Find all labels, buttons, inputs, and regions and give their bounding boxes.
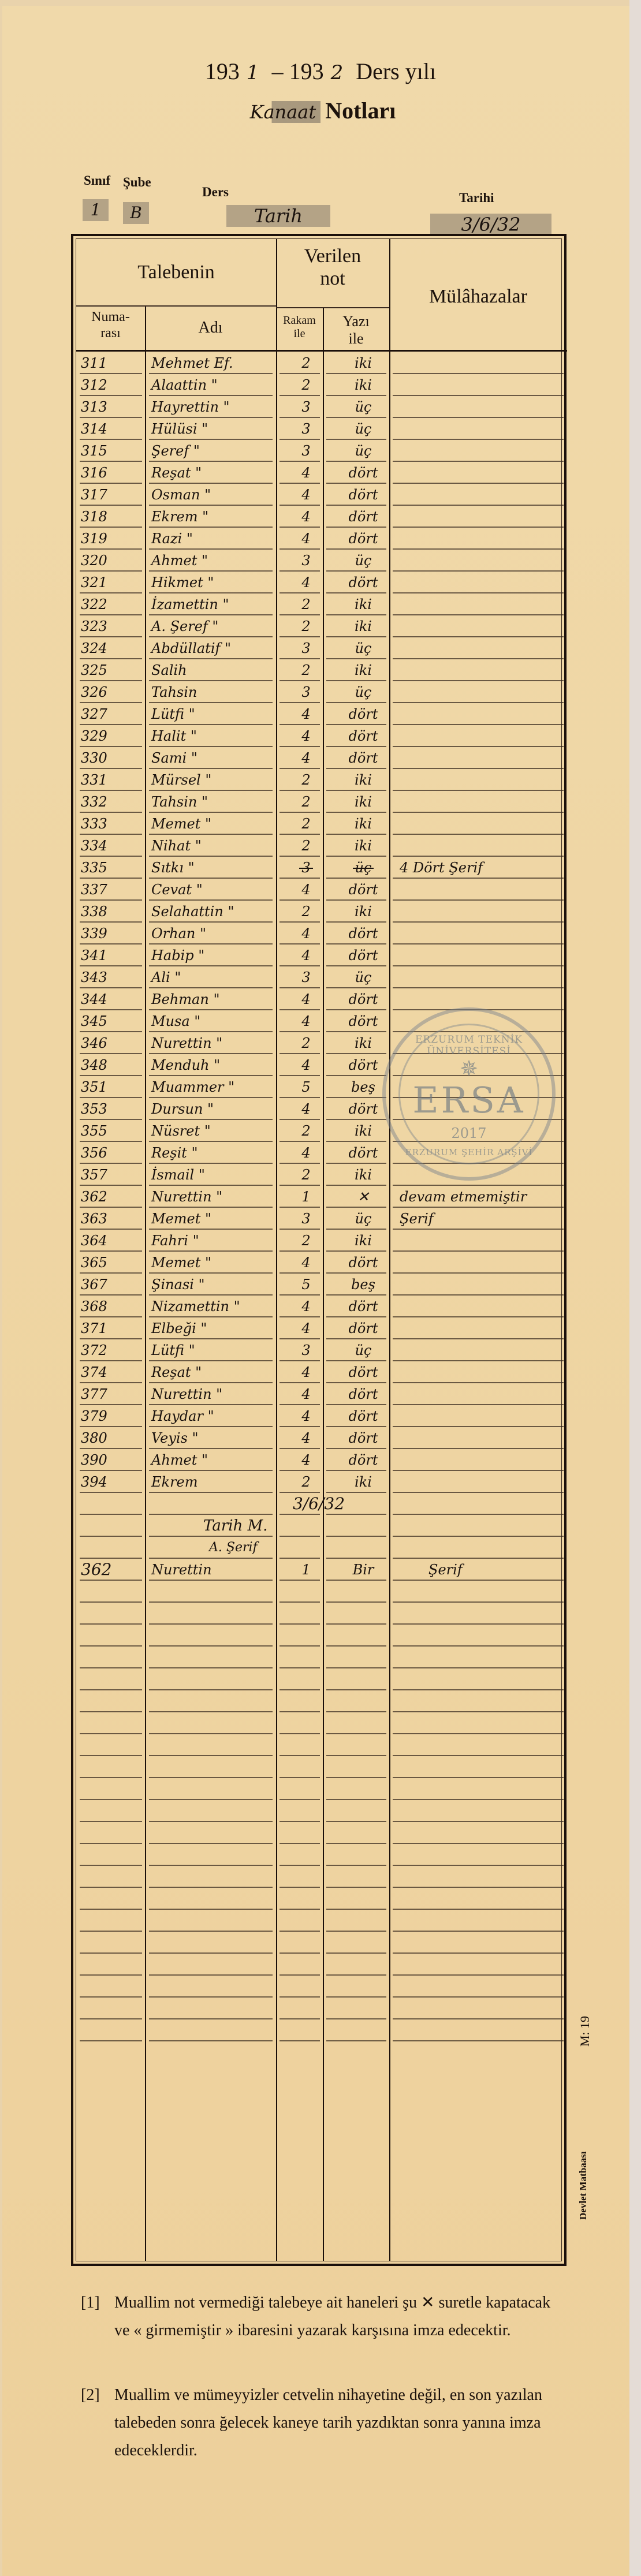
table-row: 372Lütfi "3üç	[76, 1339, 567, 1361]
grade-numeric-value: 4	[301, 1101, 310, 1117]
remarks: Şerif	[428, 1560, 596, 1580]
grade-written: dört	[331, 1406, 395, 1426]
grade-written-value: dört	[349, 750, 378, 766]
grade-written-value: dört	[349, 531, 378, 547]
table-row: 313Hayrettin "3üç	[76, 396, 567, 418]
remarks	[400, 682, 567, 702]
empty-row	[76, 2019, 567, 2041]
grade-written: dört	[331, 1450, 395, 1470]
grade-numeric: 2	[283, 792, 329, 812]
grade-written: iki	[331, 792, 395, 812]
remarks	[400, 1231, 567, 1250]
empty-row	[76, 1668, 567, 1690]
grade-written: dört	[331, 485, 395, 505]
grade-written: iki	[331, 595, 395, 614]
grade-written: Bir	[331, 1560, 395, 1580]
grade-numeric: 4	[283, 1450, 329, 1470]
grade-numeric-value: 5	[301, 1276, 310, 1293]
remarks	[400, 880, 567, 899]
remarks	[400, 639, 567, 658]
empty-row	[76, 1844, 567, 1866]
grade-written-value: dört	[349, 574, 378, 591]
grade-written-value: üç	[355, 552, 372, 569]
grade-numeric: 5	[283, 1275, 329, 1294]
grade-numeric-value: 4	[301, 991, 310, 1007]
stamp-center: ERSA	[386, 1079, 552, 1121]
grade-numeric: 4	[283, 946, 329, 965]
student-number: 367	[81, 1275, 144, 1294]
footnote-1: [1] Muallim not vermediği talebeye ait h…	[81, 2289, 566, 2344]
student-number: 372	[81, 1341, 144, 1360]
table-row: 316Reşat "4dört	[76, 462, 567, 484]
student-number: 380	[81, 1428, 144, 1448]
grade-numeric: 3	[283, 968, 329, 987]
student-number: 324	[81, 639, 144, 658]
grade-numeric: 4	[283, 1428, 329, 1448]
form-code: M: 19	[577, 2016, 592, 2047]
empty-row	[76, 1866, 567, 1888]
grade-numeric-value: 2	[301, 1167, 310, 1183]
empty-row	[76, 1712, 567, 1734]
table-row: 363Memet "3üçŞerif	[76, 1208, 567, 1230]
student-number: 312	[81, 375, 144, 395]
table-row: 343Ali "3üç	[76, 966, 567, 988]
student-number: 320	[81, 551, 144, 570]
grade-numeric-value: 2	[301, 816, 310, 832]
student-number: 356	[81, 1143, 144, 1163]
grade-numeric-value: 5	[301, 1079, 310, 1095]
empty-row	[76, 1647, 567, 1668]
grade-written-value: üç	[355, 443, 372, 459]
table-row: 394Ekrem2iki	[76, 1471, 567, 1493]
student-number: 371	[81, 1319, 144, 1338]
student-number: 341	[81, 946, 144, 965]
student-number: 332	[81, 792, 144, 812]
table-row: 321Hikmet "4dört	[76, 572, 567, 593]
footnote-2: [2] Muallim ve mümeyyizler cetvelin niha…	[81, 2381, 566, 2465]
student-number: 338	[81, 902, 144, 921]
remarks	[400, 704, 567, 724]
student-number: 374	[81, 1362, 144, 1382]
grade-written-value: üç	[355, 1342, 372, 1358]
grade-numeric: 4	[283, 1253, 329, 1272]
empty-row	[76, 1603, 567, 1625]
student-number: 346	[81, 1033, 144, 1053]
grade-numeric-value: 4	[301, 925, 310, 942]
grade-written-value: iki	[355, 1035, 372, 1051]
grade-numeric-value: 4	[301, 1452, 310, 1468]
student-number: 390	[81, 1450, 144, 1470]
grade-written: iki	[331, 1472, 395, 1492]
grade-written: dört	[331, 507, 395, 527]
student-number: 317	[81, 485, 144, 505]
grade-written: üç	[331, 968, 395, 987]
grade-written-value: iki	[355, 596, 372, 613]
grade-written-value: dört	[349, 947, 378, 964]
grade-written-value: dört	[349, 925, 378, 942]
ders-field: Tarih	[226, 205, 330, 227]
grade-written-value: üç	[355, 684, 372, 700]
empty-row	[76, 1581, 567, 1603]
grade-written-value: dört	[349, 1430, 378, 1446]
header-bottom-rule	[76, 350, 567, 352]
table-row: 311Mehmet Ef.2iki	[76, 352, 567, 374]
student-number: 319	[81, 529, 144, 548]
remarks	[400, 1253, 567, 1272]
student-number: 353	[81, 1099, 144, 1119]
remarks: Şerif	[400, 1209, 567, 1229]
grade-written: iki	[331, 1165, 395, 1185]
student-number: 313	[81, 397, 144, 417]
remarks	[400, 441, 567, 461]
student-number: 318	[81, 507, 144, 527]
grade-written: iki	[331, 902, 395, 921]
table-row: 333Memet "2iki	[76, 813, 567, 835]
student-number: 335	[81, 858, 144, 878]
grade-numeric-value: 2	[301, 377, 310, 393]
remarks	[400, 902, 567, 921]
grade-written-value: beş	[351, 1276, 375, 1293]
empty-row	[76, 1734, 567, 1756]
grade-written: iki	[331, 353, 395, 373]
grade-numeric-value: 2	[301, 1035, 310, 1051]
grade-numeric-value: 2	[301, 1123, 310, 1139]
footnote-2-text: Muallim ve mümeyyizler cetvelin nihayeti…	[114, 2381, 566, 2465]
grade-written: iki	[331, 1231, 395, 1250]
grade-written-value: dört	[349, 1057, 378, 1073]
grade-written-value: üç	[355, 399, 372, 415]
table-row: 337Cevat "4dört	[76, 879, 567, 901]
grade-numeric: 4	[283, 529, 329, 548]
remarks	[400, 507, 567, 527]
grade-numeric-value: 3	[301, 443, 310, 459]
footnote-1-text: Muallim not vermediği talebeye ait hanel…	[114, 2289, 566, 2344]
remarks	[400, 1384, 567, 1404]
student-number: 343	[81, 968, 144, 987]
grade-written: üç	[331, 397, 395, 417]
grade-numeric: 2	[283, 1121, 329, 1141]
grade-numeric: 4	[283, 1362, 329, 1382]
grade-numeric: 2	[283, 1472, 329, 1492]
remarks	[400, 748, 567, 768]
grade-written-value: iki	[355, 794, 372, 810]
grade-numeric: 2	[283, 770, 329, 790]
grade-numeric-value: 4	[301, 947, 310, 964]
grade-numeric: 4	[283, 1319, 329, 1338]
grade-written-value: iki	[355, 772, 372, 788]
grade-numeric: 4	[283, 726, 329, 746]
grade-numeric-value: 4	[301, 1145, 310, 1161]
remarks	[400, 573, 567, 592]
grade-numeric: 4	[283, 1143, 329, 1163]
grade-numeric-value: 2	[301, 838, 310, 854]
grade-numeric-value: 4	[301, 1364, 310, 1380]
grade-written: iki	[331, 660, 395, 680]
grade-numeric-value: 4	[301, 882, 310, 898]
grade-numeric-value: 4	[301, 574, 310, 591]
table-row: 362Nurettin "1✕devam etmemiştir	[76, 1186, 567, 1208]
grade-written-value: dört	[349, 706, 378, 722]
student-number: 379	[81, 1406, 144, 1426]
student-number: 345	[81, 1011, 144, 1031]
grade-numeric: 2	[283, 1033, 329, 1053]
remarks	[400, 1341, 567, 1360]
signoff-date-row: 3/6/32	[76, 1493, 567, 1515]
table-row: 371Elbeği "4dört	[76, 1317, 567, 1339]
grade-written-value: dört	[349, 1101, 378, 1117]
grade-numeric: 4	[283, 1055, 329, 1075]
header-adi: Adı	[145, 319, 276, 337]
grade-written: iki	[331, 814, 395, 834]
stamp-ring-top: ERZURUM TEKNİK ÜNİVERSİTESİ	[386, 1034, 552, 1057]
grade-written: dört	[331, 1297, 395, 1316]
grade-written: dört	[331, 1253, 395, 1272]
remarks	[400, 1362, 567, 1382]
table-row: 326Tahsin3üç	[76, 681, 567, 703]
grade-written-value: dört	[349, 465, 378, 481]
table-row: 390Ahmet "4dört	[76, 1449, 567, 1471]
remarks: 4 Dört Şerif	[400, 858, 567, 878]
table-row: 365Memet "4dört	[76, 1252, 567, 1274]
grade-numeric: 4	[283, 924, 329, 943]
grade-numeric: 2	[283, 595, 329, 614]
grade-numeric-value: 4	[301, 706, 310, 722]
sinif-field: 1	[83, 199, 109, 221]
empty-row	[76, 1690, 567, 1712]
year-start-handwritten: 1	[247, 61, 259, 84]
student-number: 394	[81, 1472, 144, 1492]
grade-written-value: dört	[349, 1013, 378, 1029]
signoff-date: 3/6/32	[244, 1494, 394, 1514]
grade-numeric-value: 3	[301, 399, 310, 415]
table-row: 314Hülüsi "3üç	[76, 418, 567, 440]
grade-numeric: 3	[283, 419, 329, 439]
empty-row	[76, 1800, 567, 1822]
grade-numeric: 3	[283, 551, 329, 570]
table-row: 368Nizamettin "4dört	[76, 1296, 567, 1317]
grade-numeric: 3	[283, 1209, 329, 1229]
table-row: 331Mürsel "2iki	[76, 769, 567, 791]
grade-written-value: dört	[349, 509, 378, 525]
student-number: 316	[81, 463, 144, 483]
grade-written-value: ✕	[357, 1189, 369, 1205]
grade-numeric-value: 4	[301, 465, 310, 481]
remarks	[400, 551, 567, 570]
table-row: 364Fahri "2iki	[76, 1230, 567, 1252]
remarks	[400, 792, 567, 812]
year-separator: –	[272, 58, 284, 84]
remarks	[400, 1450, 567, 1470]
grade-numeric: 1	[283, 1187, 329, 1207]
grade-written-value: üç	[355, 1211, 372, 1227]
grade-written: dört	[331, 924, 395, 943]
empty-row	[76, 1998, 567, 2019]
grade-written-value: dört	[349, 1452, 378, 1468]
remarks	[400, 946, 567, 965]
student-number: 314	[81, 419, 144, 439]
signoff-title: Tarih M.	[203, 1516, 330, 1536]
grade-written: üç	[331, 419, 395, 439]
printer-name: Devlet Matbaası	[577, 2151, 589, 2220]
empty-row	[76, 1954, 567, 1976]
grade-written-value: dört	[349, 991, 378, 1007]
grade-numeric-value: 2	[301, 1474, 310, 1490]
grade-numeric-value: 4	[301, 1057, 310, 1073]
grade-written-value: dört	[349, 487, 378, 503]
grade-written: dört	[331, 1011, 395, 1031]
table-row: 380Veyis "4dört	[76, 1427, 567, 1449]
grade-numeric: 4	[283, 1297, 329, 1316]
ders-label: Ders	[202, 185, 229, 200]
table-row: 374Reşat "4dört	[76, 1361, 567, 1383]
table-row: 367Şinasi "5beş	[76, 1274, 567, 1296]
student-number: 333	[81, 814, 144, 834]
grade-numeric: 2	[283, 1165, 329, 1185]
student-number: 362	[81, 1187, 144, 1207]
grade-numeric-value: 3	[301, 552, 310, 569]
remarks	[400, 968, 567, 987]
student-number: 327	[81, 704, 144, 724]
sube-label: Şube	[123, 175, 151, 190]
remarks	[400, 1428, 567, 1448]
grade-numeric-value: 3	[301, 640, 310, 656]
remarks	[400, 1319, 567, 1338]
grade-written-value: iki	[355, 838, 372, 854]
grade-numeric: 5	[283, 1077, 329, 1097]
grade-written-value: dört	[349, 1386, 378, 1402]
student-number: 357	[81, 1165, 144, 1185]
student-number: 322	[81, 595, 144, 614]
year-label: Ders yılı	[356, 58, 436, 84]
grade-written: dört	[331, 946, 395, 965]
grade-written: dört	[331, 1384, 395, 1404]
grade-numeric: 4	[283, 748, 329, 768]
grade-numeric: 4	[283, 507, 329, 527]
student-number: 363	[81, 1209, 144, 1229]
grade-written: dört	[331, 990, 395, 1009]
student-number: 325	[81, 660, 144, 680]
sinif-label: Sınıf	[84, 173, 110, 188]
grade-numeric-value: 4	[301, 509, 310, 525]
grade-numeric: 3	[283, 858, 329, 878]
footnote-1-mark: [1]	[81, 2289, 100, 2317]
year-start-prefix: 193	[205, 58, 240, 84]
grade-written-value: dört	[349, 1255, 378, 1271]
remarks	[400, 1472, 567, 1492]
table-row: 338Selahattin "2iki	[76, 901, 567, 923]
title-label: Notları	[325, 98, 396, 124]
empty-row	[76, 1888, 567, 1910]
grade-written-value: iki	[355, 662, 372, 678]
grade-written: dört	[331, 1319, 395, 1338]
table-row: 323A. Şeref "2iki	[76, 615, 567, 637]
table-row: 339Orhan "4dört	[76, 923, 567, 944]
school-year-line: 1931 – 1932 Ders yılı	[0, 58, 641, 85]
grade-written: dört	[331, 704, 395, 724]
table-row: 330Sami "4dört	[76, 747, 567, 769]
grade-numeric-value: 4	[301, 487, 310, 503]
grade-written-value: iki	[355, 1474, 372, 1490]
grade-written: dört	[331, 880, 395, 899]
student-number: 315	[81, 441, 144, 461]
grade-numeric-value: 3	[301, 1211, 310, 1227]
grade-written: dört	[331, 1428, 395, 1448]
archive-stamp: ERZURUM TEKNİK ÜNİVERSİTESİ ✵ ERSA 2017 …	[382, 1007, 556, 1181]
remarks	[400, 595, 567, 614]
header-verilen-not: Verilen not	[276, 245, 389, 290]
remarks	[400, 1406, 567, 1426]
remarks	[400, 353, 567, 373]
grade-numeric-value: 2	[301, 904, 310, 920]
background-edge	[629, 0, 641, 2576]
student-number: 364	[81, 1231, 144, 1250]
grade-written: dört	[331, 1362, 395, 1382]
grade-written-value: iki	[355, 816, 372, 832]
grade-numeric-value: 4	[301, 1430, 310, 1446]
remarks	[400, 990, 567, 1009]
empty-row	[76, 1932, 567, 1954]
student-number: 377	[81, 1384, 144, 1404]
empty-row	[76, 1910, 567, 1932]
grade-numeric-value: 4	[301, 1013, 310, 1029]
grade-written: üç	[331, 441, 395, 461]
signoff-signature-row: A. Şerif	[76, 1537, 567, 1559]
empty-row	[76, 1822, 567, 1844]
remarks	[400, 463, 567, 483]
table-row: 341Habip "4dört	[76, 944, 567, 966]
grade-numeric-value: 2	[301, 772, 310, 788]
table-row: 379Haydar "4dört	[76, 1405, 567, 1427]
remarks	[400, 1297, 567, 1316]
stamp-year: 2017	[386, 1125, 552, 1141]
footnote-2-mark: [2]	[81, 2381, 100, 2409]
grade-numeric-value: 2	[301, 794, 310, 810]
grade-written: iki	[331, 836, 395, 856]
grade-numeric: 2	[283, 353, 329, 373]
grade-written-value: dört	[349, 1364, 378, 1380]
student-number: 311	[81, 353, 144, 373]
grade-written-value: beş	[351, 1079, 375, 1095]
grade-numeric-value: 4	[301, 1320, 310, 1336]
table-row: 320Ahmet "3üç	[76, 550, 567, 572]
grade-numeric-value: 3	[301, 421, 310, 437]
grade-written: üç	[331, 858, 395, 878]
grade-written: dört	[331, 573, 395, 592]
remarks	[400, 375, 567, 395]
grade-numeric-value: 2	[301, 355, 310, 371]
grade-numeric: 4	[283, 485, 329, 505]
grade-numeric-value: 4	[301, 1408, 310, 1424]
signoff-title-row: Tarih M.	[76, 1515, 567, 1537]
grade-written-value: iki	[355, 1167, 372, 1183]
grade-numeric: 2	[283, 836, 329, 856]
student-number: 337	[81, 880, 144, 899]
grade-written-value: iki	[355, 618, 372, 634]
document-title: KanaatNotları	[0, 97, 641, 124]
grade-written-value: üç	[355, 969, 372, 985]
student-number: 334	[81, 836, 144, 856]
remarks	[400, 529, 567, 548]
grade-numeric: 4	[283, 704, 329, 724]
grade-numeric-value: 3	[301, 969, 310, 985]
grade-numeric-value: 4	[301, 531, 310, 547]
grade-written-value: iki	[355, 904, 372, 920]
student-number: 323	[81, 617, 144, 636]
grade-written: ✕	[331, 1187, 395, 1207]
table-row: 332Tahsin "2iki	[76, 791, 567, 813]
table-row: 322İzamettin "2iki	[76, 593, 567, 615]
remarks	[400, 660, 567, 680]
